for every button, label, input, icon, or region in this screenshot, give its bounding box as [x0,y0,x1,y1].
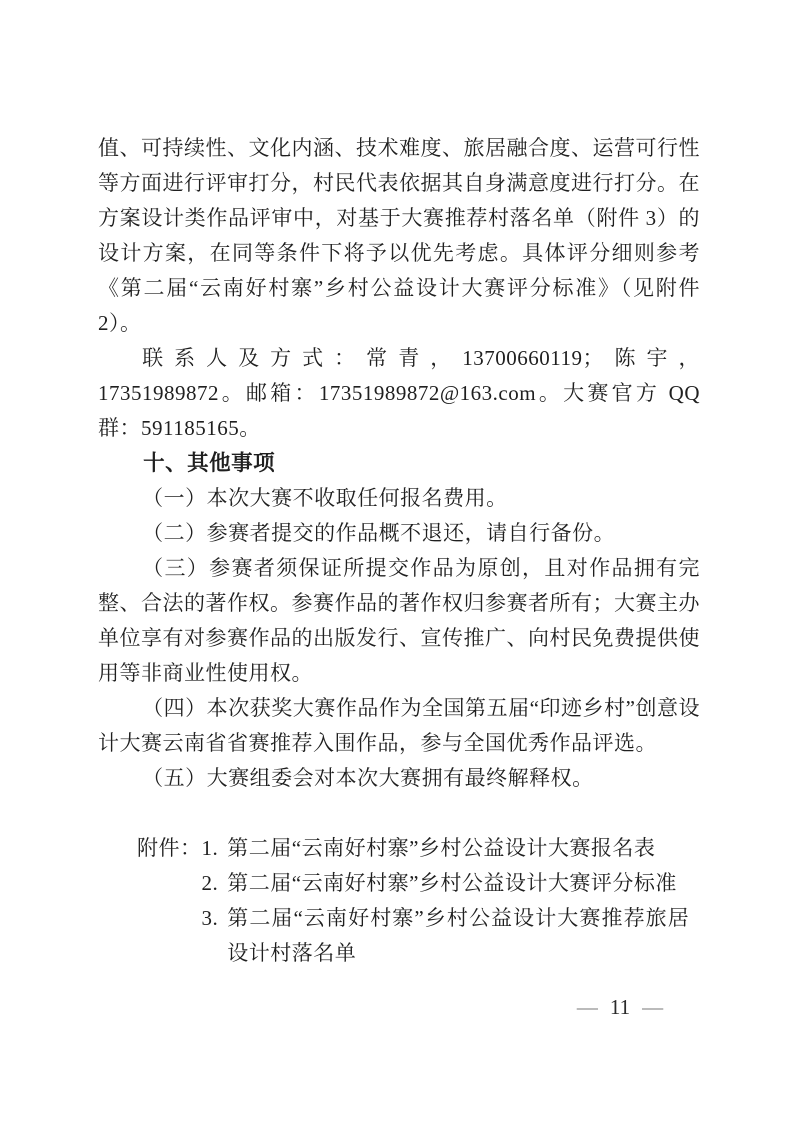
paragraph-item-3: （三）参赛者须保证所提交作品为原创，且对作品拥有完整、合法的著作权。参赛作品的著… [98,551,700,691]
attachment-title: 第二届“云南好村寨”乡村公益设计大赛报名表 [227,831,689,866]
document-page: 值、可持续性、文化内涵、技术难度、旅居融合度、运营可行性等方面进行评审打分，村民… [0,0,793,1122]
attachment-number: 1. [202,831,219,866]
attachment-item: 2. 第二届“云南好村寨”乡村公益设计大赛评分标准 [202,866,690,901]
section-heading-other-matters: 十、其他事项 [98,446,700,481]
document-body: 值、可持续性、文化内涵、技术难度、旅居融合度、运营可行性等方面进行评审打分，村民… [98,131,700,971]
attachments-list: 1. 第二届“云南好村寨”乡村公益设计大赛报名表 2. 第二届“云南好村寨”乡村… [202,831,690,971]
attachment-item: 1. 第二届“云南好村寨”乡村公益设计大赛报名表 [202,831,690,866]
page-footer: — 11 — [570,995,670,1019]
attachment-number: 3. [202,901,219,936]
paragraph-item-2: （二）参赛者提交的作品概不退还，请自行备份。 [98,516,700,551]
paragraph-contact-info: 联系人及方式：常青，13700660119；陈宇，17351989872。邮箱：… [98,341,700,446]
paragraph-item-4: （四）本次获奖大赛作品作为全国第五届“印迹乡村”创意设计大赛云南省省赛推荐入围作… [98,691,700,761]
page-number: 11 [610,995,630,1019]
paragraph-item-1: （一）本次大赛不收取任何报名费用。 [98,481,700,516]
paragraph-item-5: （五）大赛组委会对本次大赛拥有最终解释权。 [98,761,700,796]
paragraph-continuation: 值、可持续性、文化内涵、技术难度、旅居融合度、运营可行性等方面进行评审打分，村民… [98,131,700,341]
attachment-title: 第二届“云南好村寨”乡村公益设计大赛推荐旅居设计村落名单 [227,901,689,971]
footer-dash-left: — [577,995,598,1019]
attachment-title: 第二届“云南好村寨”乡村公益设计大赛评分标准 [227,866,689,901]
attachment-number: 2. [202,866,219,901]
attachments-block: 附件： 1. 第二届“云南好村寨”乡村公益设计大赛报名表 2. 第二届“云南好村… [137,831,700,971]
attachment-item: 3. 第二届“云南好村寨”乡村公益设计大赛推荐旅居设计村落名单 [202,901,690,971]
attachments-label: 附件： [137,831,202,866]
footer-dash-right: — [642,995,663,1019]
